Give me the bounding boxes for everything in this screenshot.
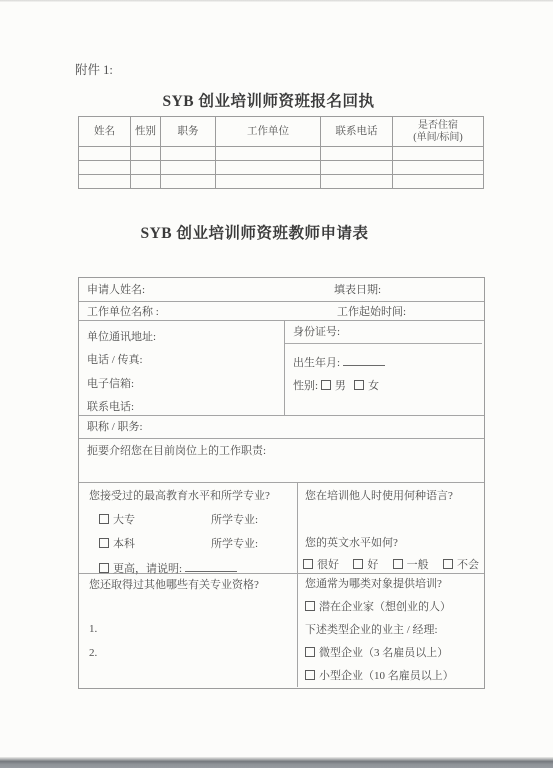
col-header-lodging: 是否住宿 (单间/标间) xyxy=(393,117,484,147)
english-level-option: 好 xyxy=(353,559,378,572)
table-cell xyxy=(79,161,131,175)
potential-label: 潜在企业家（想创业的人） xyxy=(319,601,451,613)
checkbox-icon xyxy=(99,514,109,524)
table-row xyxy=(79,161,484,175)
checkbox-icon xyxy=(305,670,315,680)
form-row-workunit: 工作单位名称 : 工作起始时间: xyxy=(79,302,484,321)
table-row xyxy=(79,175,484,189)
english-level-options: 很好 好 一般 不会 xyxy=(303,559,479,572)
english-level-option: 一般 xyxy=(393,559,429,572)
form-row-name-date: 申请人姓名: 填表日期: xyxy=(79,278,484,302)
form-row-position: 职称 / 职务: xyxy=(79,416,484,439)
checkbox-icon xyxy=(354,380,364,390)
audience-owner-label: 下述类型企业的业主 / 经理: xyxy=(305,624,438,637)
col-header-name: 姓名 xyxy=(79,117,131,147)
education-college-option: 大专 xyxy=(99,514,135,527)
contact-right-cell: 身份证号: 出生年月: 性别: 男 女 xyxy=(284,321,482,415)
audience-question: 您通常为哪类对象提供培训? xyxy=(305,578,442,591)
table-cell xyxy=(393,161,484,175)
checkbox-icon xyxy=(305,647,315,657)
level-label: 一般 xyxy=(407,559,429,571)
checkbox-icon xyxy=(99,538,109,548)
lodging-line2: (单间/标间) xyxy=(393,132,483,144)
gender-female-label: 女 xyxy=(368,380,379,392)
audience-small-option: 小型企业（10 名雇员以上） xyxy=(305,670,454,683)
table-cell xyxy=(393,175,484,189)
qualification-question: 您还取得过其他哪些有关专业资格? xyxy=(89,579,259,592)
email-label: 电子信箱: xyxy=(87,378,134,391)
position-label: 职称 / 职务: xyxy=(87,421,143,434)
micro-label: 微型企业（3 名雇员以上） xyxy=(319,647,448,659)
birth-date-row: 出生年月: xyxy=(293,355,385,370)
scan-top-edge xyxy=(0,0,553,2)
table-cell xyxy=(161,161,216,175)
table-cell xyxy=(79,147,131,161)
applicant-name-label: 申请人姓名: xyxy=(87,284,145,297)
gender-row: 性别: 男 女 xyxy=(293,380,379,393)
checkbox-icon xyxy=(305,601,315,611)
col-header-gender: 性别 xyxy=(131,117,161,147)
gender-male-label: 男 xyxy=(335,380,346,392)
checkbox-icon xyxy=(393,559,403,569)
work-unit-label: 工作单位名称 : xyxy=(87,306,159,319)
table-cell xyxy=(216,147,321,161)
fill-date-label: 填表日期: xyxy=(334,284,381,297)
qualification-item: 1. xyxy=(89,623,97,636)
registration-header-row: 姓名 性别 职务 工作单位 联系电话 是否住宿 (单间/标间) xyxy=(79,117,484,147)
work-start-label: 工作起始时间: xyxy=(337,306,406,319)
gender-label: 性别: xyxy=(293,380,318,392)
checkbox-icon xyxy=(443,559,453,569)
col-header-workunit: 工作单位 xyxy=(216,117,321,147)
form-section-contact: 单位通讯地址: 电话 / 传真: 电子信箱: 联系电话: 身份证号: 出生年月:… xyxy=(79,321,484,416)
table-row xyxy=(79,147,484,161)
english-level-option: 很好 xyxy=(303,559,339,572)
college-label: 大专 xyxy=(113,514,135,526)
language-cell: 您在培训他人时使用何种语言? 您的英文水平如何? 很好 好 一般 不会 xyxy=(297,483,482,573)
table-cell xyxy=(131,175,161,189)
audience-micro-option: 微型企业（3 名雇员以上） xyxy=(305,647,448,660)
registration-form-title: SYB 创业培训师资班报名回执 xyxy=(0,89,545,111)
scanned-page: 附件 1: SYB 创业培训师资班报名回执 姓名 性别 职务 工作单位 联系电话… xyxy=(0,0,553,768)
qualification-item: 2. xyxy=(89,647,97,660)
audience-potential-option: 潜在企业家（想创业的人） xyxy=(305,601,451,614)
form-section-duties: 扼要介绍您在目前岗位上的工作职责: xyxy=(79,439,484,483)
level-label: 很好 xyxy=(317,559,339,571)
table-cell xyxy=(131,161,161,175)
duties-label: 扼要介绍您在目前岗位上的工作职责: xyxy=(87,445,266,458)
checkbox-icon xyxy=(303,559,313,569)
education-question: 您接受过的最高教育水平和所学专业? xyxy=(89,490,270,503)
table-cell xyxy=(216,175,321,189)
id-number-label: 身份证号: xyxy=(293,326,340,339)
english-question: 您的英文水平如何? xyxy=(305,537,398,550)
table-cell xyxy=(321,175,393,189)
language-question: 您在培训他人时使用何种语言? xyxy=(305,490,453,503)
form-section-qualifications: 您还取得过其他哪些有关专业资格? 1. 2. 您通常为哪类对象提供培训? 潜在企… xyxy=(79,574,484,688)
table-cell xyxy=(321,147,393,161)
application-form: 申请人姓名: 填表日期: 工作单位名称 : 工作起始时间: 单位通讯地址: 电话… xyxy=(78,277,485,689)
level-label: 不会 xyxy=(457,559,479,571)
phone-fax-label: 电话 / 传真: xyxy=(87,354,143,367)
attachment-label: 附件 1: xyxy=(75,60,113,78)
checkbox-icon xyxy=(99,563,109,573)
table-cell xyxy=(393,147,484,161)
lodging-line1: 是否住宿 xyxy=(393,120,483,132)
english-level-option: 不会 xyxy=(443,559,479,572)
major-label: 所学专业: xyxy=(211,538,258,551)
checkbox-icon xyxy=(321,380,331,390)
table-cell xyxy=(161,175,216,189)
address-label: 单位通讯地址: xyxy=(87,331,156,344)
blank-underline xyxy=(343,355,385,366)
checkbox-icon xyxy=(353,559,363,569)
table-cell xyxy=(79,175,131,189)
contact-phone-label: 联系电话: xyxy=(87,401,134,414)
table-cell xyxy=(161,147,216,161)
birth-date-label: 出生年月: xyxy=(293,357,340,369)
blank-underline xyxy=(185,561,237,572)
registration-table: 姓名 性别 职务 工作单位 联系电话 是否住宿 (单间/标间) xyxy=(78,116,484,189)
table-cell xyxy=(131,147,161,161)
col-header-phone: 联系电话 xyxy=(321,117,393,147)
col-header-position: 职务 xyxy=(161,117,216,147)
level-label: 好 xyxy=(367,559,378,571)
scan-bottom-edge xyxy=(0,757,553,768)
major-label: 所学专业: xyxy=(211,514,258,527)
small-label: 小型企业（10 名雇员以上） xyxy=(319,670,454,682)
audience-cell: 您通常为哪类对象提供培训? 潜在企业家（想创业的人） 下述类型企业的业主 / 经… xyxy=(297,574,482,687)
table-cell xyxy=(321,161,393,175)
application-form-title: SYB 创业培训师资班教师申请表 xyxy=(0,221,531,243)
form-section-education: 您接受过的最高教育水平和所学专业? 大专 所学专业: 本科 所学专业: 更高，请… xyxy=(79,483,484,574)
id-number-row: 身份证号: xyxy=(285,321,482,344)
bachelor-label: 本科 xyxy=(113,538,135,550)
table-cell xyxy=(216,161,321,175)
education-bachelor-option: 本科 xyxy=(99,538,135,551)
